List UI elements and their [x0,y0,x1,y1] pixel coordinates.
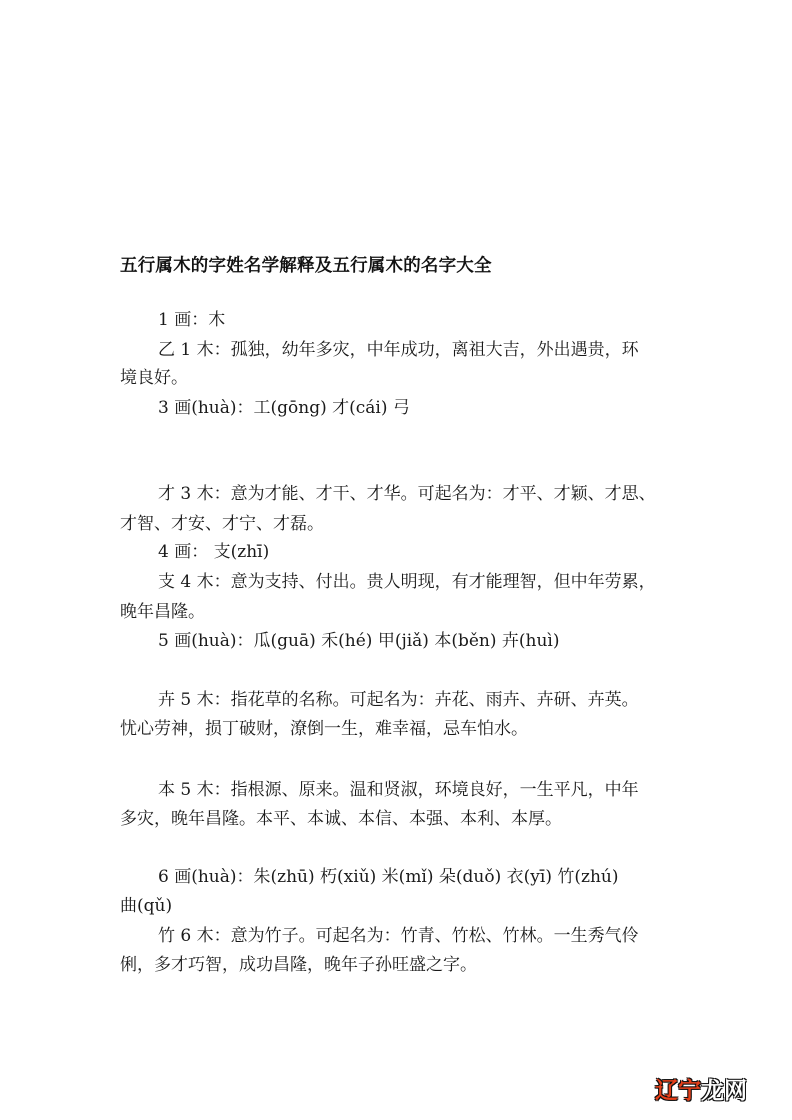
text-line-1: 1 画：木 [158,309,225,331]
text-line-8: 支 4 木：意为支持、付出。贵人明现，有才能理智，但中年劳累， [158,571,656,593]
text-line-3: 境良好。 [120,367,188,389]
text-line-18: 俐，多才巧智，成功昌隆，晚年子孙旺盛之字。 [120,954,477,976]
text-line-16: 曲(qǔ) [120,895,172,917]
watermark-part-b: 龙网 [701,1078,747,1104]
text-line-7: 4 画： 支(zhī) [158,541,269,563]
document-page: 五行属木的字姓名学解释及五行属木的名字大全 1 画：木 乙 1 木：孤独，幼年多… [0,0,792,1120]
text-line-17: 竹 6 木：意为竹子。可起名为：竹青、竹松、竹林。一生秀气伶 [158,925,639,947]
watermark-part-a: 辽宁 [655,1078,701,1104]
document-title: 五行属木的字姓名学解释及五行属木的名字大全 [120,252,492,277]
text-line-5: 才 3 木：意为才能、才干、才华。可起名为：才平、才颖、才思、 [158,483,656,505]
text-line-6: 才智、才安、才宁、才磊。 [120,513,324,535]
text-line-15: 6 画(huà)：朱(zhū) 朽(xiǔ) 米(mǐ) 朵(duǒ) 衣(yī… [158,866,618,888]
text-line-4: 3 画(huà)：工(gōng) 才(cái) 弓 [158,397,410,419]
text-line-11: 卉 5 木：指花草的名称。可起名为：卉花、雨卉、卉研、卉英。 [158,689,639,711]
text-line-13: 本 5 木：指根源、原来。温和贤淑，环境良好，一生平凡，中年 [158,779,639,801]
text-line-10: 5 画(huà)：瓜(guā) 禾(hé) 甲(jiǎ) 本(běn) 卉(hu… [158,630,560,652]
text-line-12: 忧心劳神，损丁破财，潦倒一生，难幸福，忌车怕水。 [120,718,528,740]
site-watermark-logo: 辽宁龙网 [655,1072,747,1105]
text-line-2: 乙 1 木：孤独，幼年多灾，中年成功，离祖大吉，外出遇贵，环 [158,339,639,361]
text-line-14: 多灾，晚年昌隆。本平、本诚、本信、本强、本利、本厚。 [120,808,562,830]
text-line-9: 晚年昌隆。 [120,601,205,623]
